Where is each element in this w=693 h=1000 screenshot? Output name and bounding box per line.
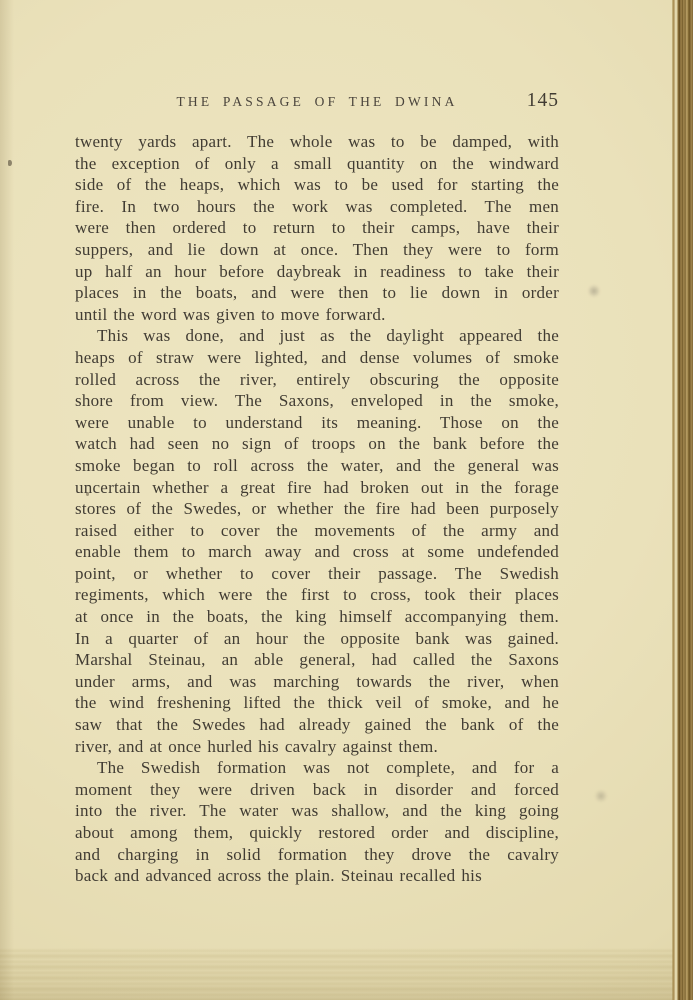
- scan-smudge: [594, 790, 608, 802]
- text-line: heaps of straw were lighted, and dense v…: [75, 347, 559, 369]
- text-line: were unable to understand its meaning. T…: [75, 412, 559, 434]
- text-line: rolled across the river, entirely obscur…: [75, 369, 559, 391]
- text-line: moment they were driven back in disorder…: [75, 779, 559, 801]
- text-line: twenty yards apart. The whole was to be …: [75, 131, 559, 153]
- page-number: 145: [527, 90, 559, 112]
- text-line: river, and at once hurled his cavalry ag…: [75, 736, 559, 758]
- text-line: raised either to cover the movements of …: [75, 520, 559, 542]
- text-line: into the river. The water was shallow, a…: [75, 800, 559, 822]
- page-stack-bottom-edge: [0, 948, 673, 1000]
- text-line: until the word was given to move forward…: [75, 304, 559, 326]
- text-line: up half an hour before daybreak in readi…: [75, 261, 559, 283]
- text-line: under arms, and was marching towards the…: [75, 671, 559, 693]
- running-title: THE PASSAGE OF THE DWINA: [176, 94, 457, 110]
- text-line: regiments, which were the first to cross…: [75, 584, 559, 606]
- text-line: saw that the Swedes had already gained t…: [75, 714, 559, 736]
- text-line: In a quarter of an hour the opposite ban…: [75, 628, 559, 650]
- scanned-book-page: THE PASSAGE OF THE DWINA 145 twenty yard…: [0, 0, 693, 1000]
- scan-speck: [8, 160, 12, 166]
- text-line: at once in the boats, the king himself a…: [75, 606, 559, 628]
- page-text: twenty yards apart. The whole was to be …: [75, 131, 559, 887]
- text-line: watch had seen no sign of troops on the …: [75, 433, 559, 455]
- book-fore-edge: [670, 0, 693, 1000]
- text-line: about among them, quickly restored order…: [75, 822, 559, 844]
- text-line: were then ordered to return to their cam…: [75, 217, 559, 239]
- paragraph: This was done, and just as the daylight …: [75, 325, 559, 757]
- paragraph: twenty yards apart. The whole was to be …: [75, 131, 559, 325]
- page-content: THE PASSAGE OF THE DWINA 145 twenty yard…: [75, 92, 559, 887]
- text-line: smoke began to roll across the water, an…: [75, 455, 559, 477]
- text-line: and charging in solid formation they dro…: [75, 844, 559, 866]
- page-gutter-shade: [0, 0, 14, 1000]
- text-line: Marshal Steinau, an able general, had ca…: [75, 649, 559, 671]
- text-line: side of the heaps, which was to be used …: [75, 174, 559, 196]
- text-line: stores of the Swedes, or whether the fir…: [75, 498, 559, 520]
- text-line: uncertain whether a great fire had broke…: [75, 477, 559, 499]
- text-line: the wind freshening lifted the thick vei…: [75, 692, 559, 714]
- running-head: THE PASSAGE OF THE DWINA 145: [75, 92, 559, 116]
- text-line: enable them to march away and cross at s…: [75, 541, 559, 563]
- text-line: This was done, and just as the daylight …: [75, 325, 559, 347]
- text-line: back and advanced across the plain. Stei…: [75, 865, 559, 887]
- text-line: the exception of only a small quantity o…: [75, 153, 559, 175]
- text-line: suppers, and lie down at once. Then they…: [75, 239, 559, 261]
- text-line: point, or whether to cover their passage…: [75, 563, 559, 585]
- text-line: shore from view. The Saxons, enveloped i…: [75, 390, 559, 412]
- paragraph: The Swedish formation was not complete, …: [75, 757, 559, 887]
- text-line: places in the boats, and were then to li…: [75, 282, 559, 304]
- text-line: The Swedish formation was not complete, …: [75, 757, 559, 779]
- scan-smudge: [588, 284, 600, 298]
- text-line: fire. In two hours the work was complete…: [75, 196, 559, 218]
